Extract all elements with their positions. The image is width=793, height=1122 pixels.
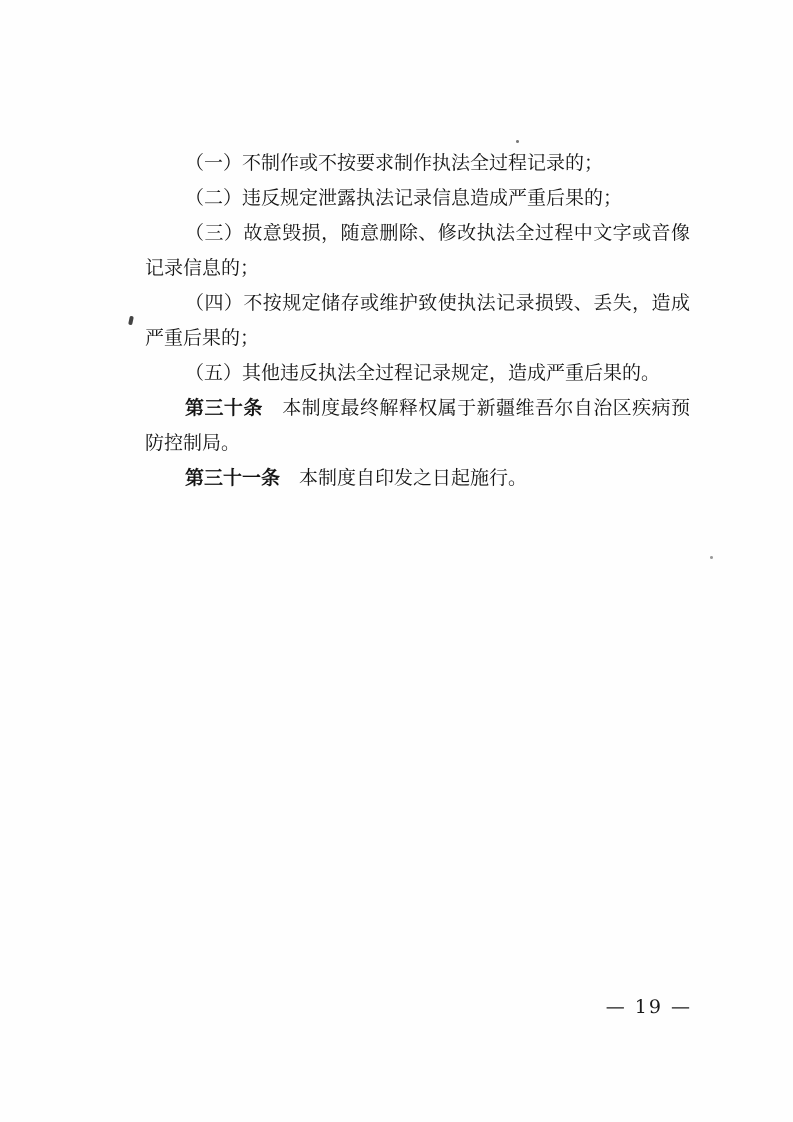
text-line: （五）其他违反执法全过程记录规定，造成严重后果的。 [145,356,690,391]
text-segment: 本制度最终解释权属于新疆维吾尔自治区疾病预 [263,397,690,419]
scan-speck [128,316,134,326]
text-line: 第三十条 本制度最终解释权属于新疆维吾尔自治区疾病预 [145,391,690,426]
article-number-label: 第三十条 [185,397,263,419]
text-segment: （一）不制作或不按要求制作执法全过程记录的； [185,152,603,174]
text-segment: 记录信息的； [145,257,259,279]
article-number-label: 第三十一条 [185,467,280,489]
text-line: 防控制局。 [145,426,690,461]
text-segment: （四）不按规定储存或维护致使执法记录损毁、丢失，造成 [185,292,690,314]
paragraph: （三）故意毁损，随意删除、修改执法全过程中文字或音像记录信息的； [145,216,690,286]
paragraph: 第三十条 本制度最终解释权属于新疆维吾尔自治区疾病预防控制局。 [145,391,690,461]
paragraph: （五）其他违反执法全过程记录规定，造成严重后果的。 [145,356,690,391]
paragraph: （二）违反规定泄露执法记录信息造成严重后果的； [145,181,690,216]
page-number: — 19 — [606,996,692,1018]
text-line: 严重后果的； [145,321,690,356]
paragraph: （一）不制作或不按要求制作执法全过程记录的； [145,146,690,181]
paragraph: 第三十一条 本制度自印发之日起施行。 [145,461,690,496]
text-segment: 本制度自印发之日起施行。 [280,467,527,489]
text-line: （四）不按规定储存或维护致使执法记录损毁、丢失，造成 [145,286,690,321]
text-segment: 严重后果的； [145,327,259,349]
scan-speck [516,140,519,143]
text-segment: （三）故意毁损，随意删除、修改执法全过程中文字或音像 [185,222,690,244]
paragraph: （四）不按规定储存或维护致使执法记录损毁、丢失，造成严重后果的； [145,286,690,356]
text-line: （二）违反规定泄露执法记录信息造成严重后果的； [145,181,690,216]
text-segment: （二）违反规定泄露执法记录信息造成严重后果的； [185,187,622,209]
scan-speck [710,556,713,559]
text-line: 第三十一条 本制度自印发之日起施行。 [145,461,690,496]
text-line: 记录信息的； [145,251,690,286]
text-segment: （五）其他违反执法全过程记录规定，造成严重后果的。 [185,362,660,384]
document-page: （一）不制作或不按要求制作执法全过程记录的；（二）违反规定泄露执法记录信息造成严… [0,0,793,1122]
document-body: （一）不制作或不按要求制作执法全过程记录的；（二）违反规定泄露执法记录信息造成严… [145,146,690,496]
text-line: （一）不制作或不按要求制作执法全过程记录的； [145,146,690,181]
text-line: （三）故意毁损，随意删除、修改执法全过程中文字或音像 [145,216,690,251]
text-segment: 防控制局。 [145,432,240,454]
